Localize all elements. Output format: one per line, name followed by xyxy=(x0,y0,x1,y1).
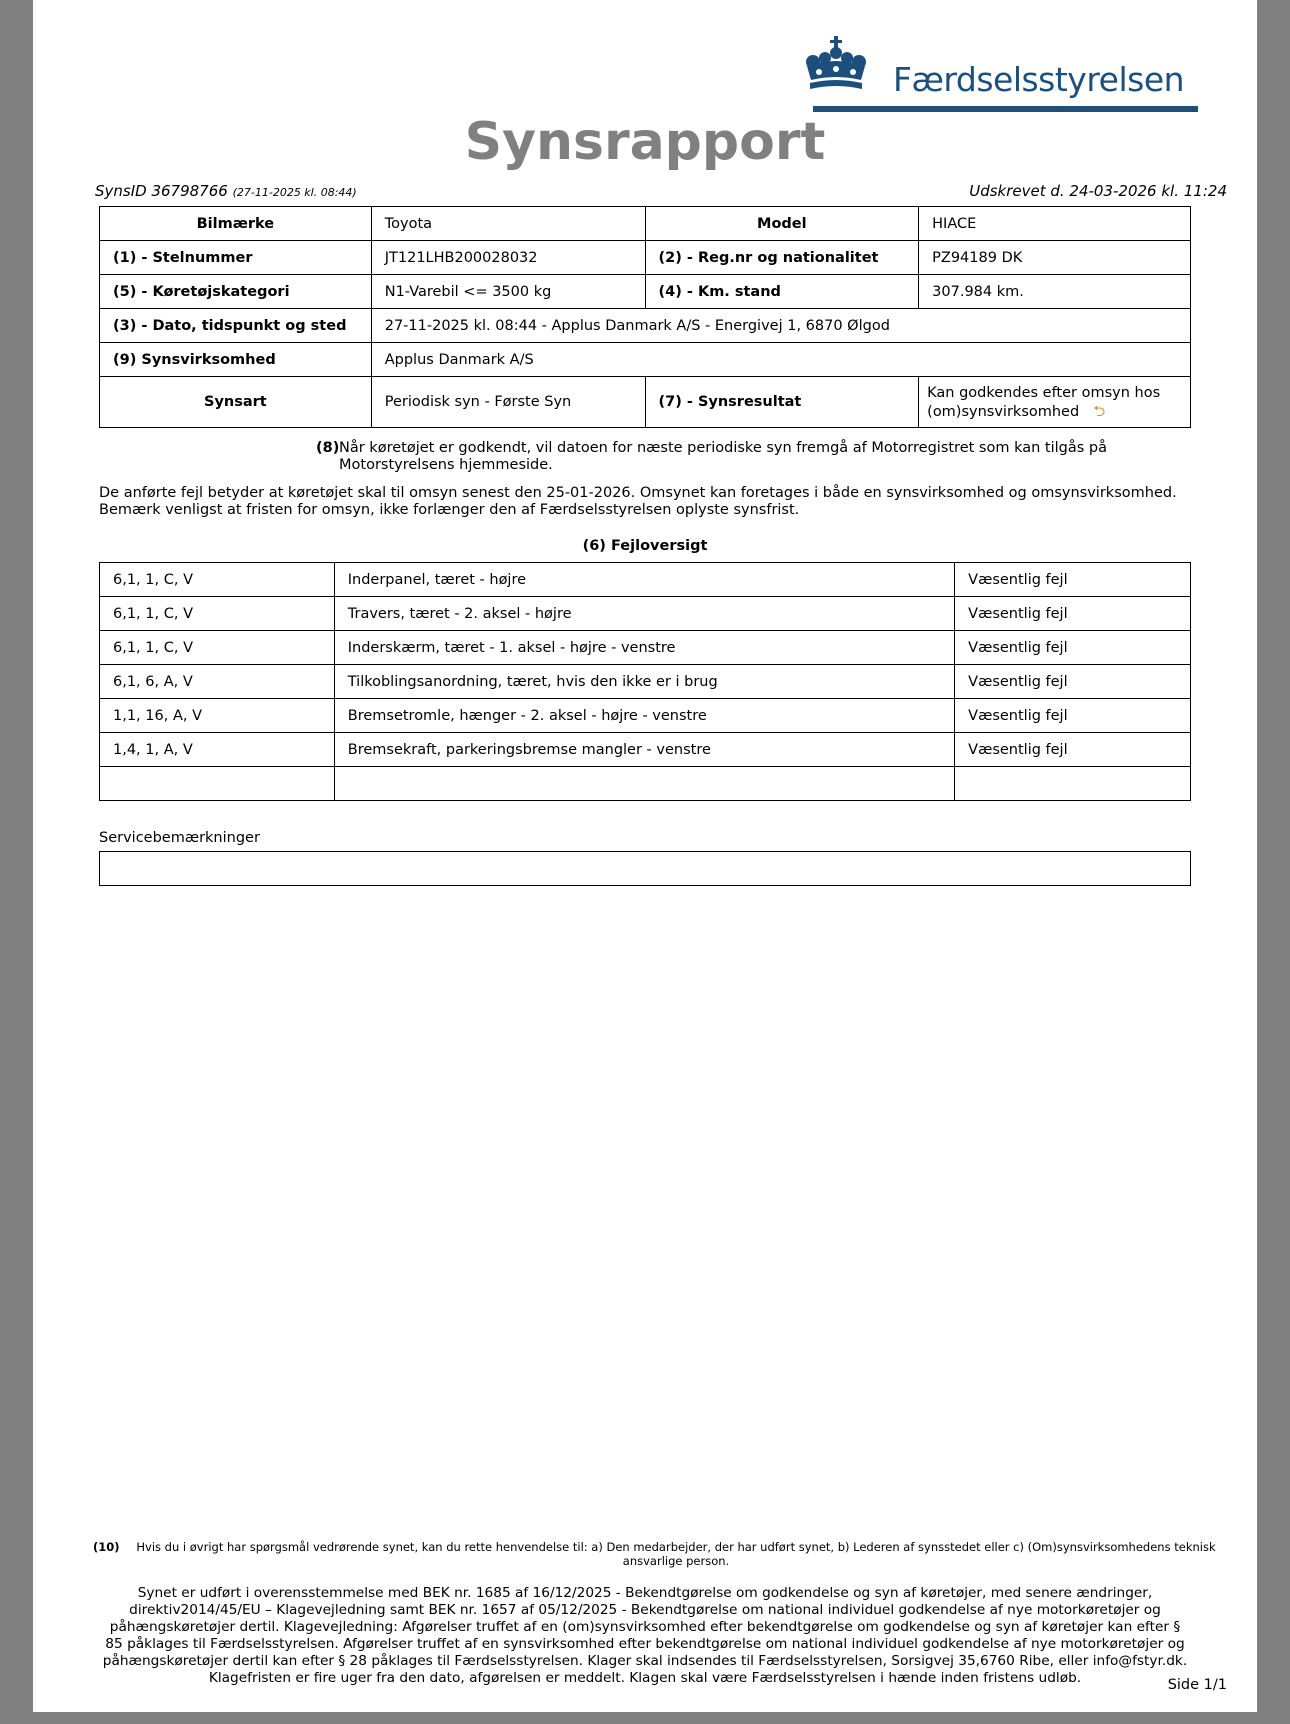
fejloversigt-title: (6) Fejloversigt xyxy=(33,538,1257,554)
synsart-label: Synsart xyxy=(100,377,372,428)
table-row: (9) Synsvirksomhed Applus Danmark A/S xyxy=(100,343,1191,377)
warning-line-2: Bemærk venligst at fristen for omsyn, ik… xyxy=(99,502,1219,519)
stelnummer-label: (1) - Stelnummer xyxy=(100,241,372,275)
table-row: Synsart Periodisk syn - Første Syn (7) -… xyxy=(100,377,1191,428)
note-8-number: (8) xyxy=(316,440,339,457)
fejl-description: Inderpanel, tæret - højre xyxy=(334,563,954,597)
regnr-value: PZ94189 DK xyxy=(919,241,1191,275)
table-row: 1,1, 16, A, VBremsetromle, hænger - 2. a… xyxy=(100,699,1191,733)
crown-icon xyxy=(803,36,869,96)
fejl-severity: Væsentlig fejl xyxy=(955,597,1191,631)
fejl-severity: Væsentlig fejl xyxy=(955,563,1191,597)
legal-text: Synet er udført i overensstemmelse med B… xyxy=(99,1585,1191,1687)
model-value: HIACE xyxy=(919,207,1191,241)
fejl-severity: Væsentlig fejl xyxy=(955,733,1191,767)
fejl-severity: Væsentlig fejl xyxy=(955,665,1191,699)
document-page: Færdselsstyrelsen Synsrapport SynsID 367… xyxy=(33,0,1257,1712)
fejl-code: 6,1, 1, C, V xyxy=(100,631,335,665)
service-remarks-box xyxy=(99,851,1191,886)
kategori-value: N1-Varebil <= 3500 kg xyxy=(371,275,645,309)
table-row: (1) - Stelnummer JT121LHB200028032 (2) -… xyxy=(100,241,1191,275)
fejl-severity: Væsentlig fejl xyxy=(955,631,1191,665)
table-row: Bilmærke Toyota Model HIACE xyxy=(100,207,1191,241)
fejl-severity: Væsentlig fejl xyxy=(955,699,1191,733)
virksomhed-value: Applus Danmark A/S xyxy=(371,343,1190,377)
dato-label: (3) - Dato, tidspunkt og sted xyxy=(100,309,372,343)
note-8: (8) Når køretøjet er godkendt, vil datoe… xyxy=(316,440,1116,474)
dato-value: 27-11-2025 kl. 08:44 - Applus Danmark A/… xyxy=(371,309,1190,343)
table-row: 6,1, 1, C, VTravers, tæret - 2. aksel - … xyxy=(100,597,1191,631)
fejl-description: Inderskærm, tæret - 1. aksel - højre - v… xyxy=(334,631,954,665)
fejl-description: Tilkoblingsanordning, tæret, hvis den ik… xyxy=(334,665,954,699)
page-title: Synsrapport xyxy=(33,112,1257,172)
note-10: (10) Hvis du i øvrigt har spørgsmål vedr… xyxy=(93,1540,1229,1568)
fejl-severity xyxy=(955,767,1191,801)
fejl-description: Bremsetromle, hænger - 2. aksel - højre … xyxy=(334,699,954,733)
syns-id-datetime: (27-11-2025 kl. 08:44) xyxy=(233,186,357,199)
table-row: 1,4, 1, A, VBremsekraft, parkeringsbrems… xyxy=(100,733,1191,767)
regnr-label: (2) - Reg.nr og nationalitet xyxy=(645,241,919,275)
fejl-code xyxy=(100,767,335,801)
bilmaerke-value: Toyota xyxy=(371,207,645,241)
table-row: 6,1, 6, A, VTilkoblingsanordning, tæret,… xyxy=(100,665,1191,699)
syns-id: SynsID 36798766 (27-11-2025 kl. 08:44) xyxy=(95,182,357,200)
fejloversigt-table: 6,1, 1, C, VInderpanel, tæret - højreVæs… xyxy=(99,562,1191,801)
vehicle-info-table: Bilmærke Toyota Model HIACE (1) - Stelnu… xyxy=(99,206,1191,428)
omsyn-warning: De anførte fejl betyder at køretøjet ska… xyxy=(99,485,1219,519)
km-label: (4) - Km. stand xyxy=(645,275,919,309)
stelnummer-value: JT121LHB200028032 xyxy=(371,241,645,275)
virksomhed-label: (9) Synsvirksomhed xyxy=(100,343,372,377)
undo-arrow-icon: ⮌ xyxy=(1093,402,1105,420)
fejl-code: 6,1, 6, A, V xyxy=(100,665,335,699)
fejl-code: 1,4, 1, A, V xyxy=(100,733,335,767)
kategori-label: (5) - Køretøjskategori xyxy=(100,275,372,309)
bilmaerke-label: Bilmærke xyxy=(100,207,372,241)
table-row: 6,1, 1, C, VInderskærm, tæret - 1. aksel… xyxy=(100,631,1191,665)
note-10-number: (10) xyxy=(93,1540,120,1554)
km-value: 307.984 km. xyxy=(919,275,1191,309)
syns-id-value: SynsID 36798766 xyxy=(95,182,228,200)
synsart-value: Periodisk syn - Første Syn xyxy=(371,377,645,428)
table-row: 6,1, 1, C, VInderpanel, tæret - højreVæs… xyxy=(100,563,1191,597)
fejl-description: Travers, tæret - 2. aksel - højre xyxy=(334,597,954,631)
note-8-text: Når køretøjet er godkendt, vil datoen fo… xyxy=(316,440,1116,474)
model-label: Model xyxy=(645,207,919,241)
table-row: (5) - Køretøjskategori N1-Varebil <= 350… xyxy=(100,275,1191,309)
service-label: Servicebemærkninger xyxy=(99,830,260,846)
printed-date: Udskrevet d. 24-03-2026 kl. 11:24 xyxy=(969,182,1227,200)
warning-line-1: De anførte fejl betyder at køretøjet ska… xyxy=(99,485,1219,502)
note-10-text: Hvis du i øvrigt har spørgsmål vedrørend… xyxy=(93,1540,1229,1568)
fejl-code: 6,1, 1, C, V xyxy=(100,563,335,597)
logo-text: Færdselsstyrelsen xyxy=(893,60,1184,99)
fejl-code: 1,1, 16, A, V xyxy=(100,699,335,733)
resultat-value: Kan godkendes efter omsyn hos (om)synsvi… xyxy=(927,385,1160,420)
page-number: Side 1/1 xyxy=(1168,1677,1227,1693)
fejl-code: 6,1, 1, C, V xyxy=(100,597,335,631)
fejl-description: Bremsekraft, parkeringsbremse mangler - … xyxy=(334,733,954,767)
fejl-description xyxy=(334,767,954,801)
faerdselsstyrelsen-logo: Færdselsstyrelsen xyxy=(803,36,1233,114)
resultat-label: (7) - Synsresultat xyxy=(645,377,919,428)
table-row xyxy=(100,767,1191,801)
resultat-cell: Kan godkendes efter omsyn hos (om)synsvi… xyxy=(919,377,1191,428)
table-row: (3) - Dato, tidspunkt og sted 27-11-2025… xyxy=(100,309,1191,343)
